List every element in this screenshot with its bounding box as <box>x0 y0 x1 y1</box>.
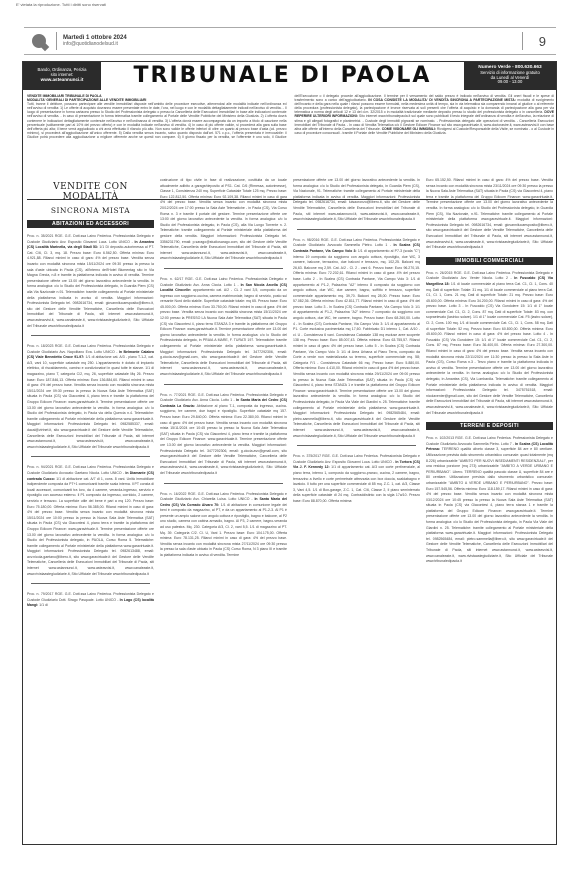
banner-right-line4: 09.00 - 13.00 <box>464 80 556 85</box>
listing-item: Proc. n. 35/2021 RGE. G.E. Dott.ssa Lain… <box>27 234 154 329</box>
listing-body: 1/1 Di deposito-autorimessa al PT. Cat. … <box>27 245 154 327</box>
divider <box>297 229 416 230</box>
listing-body: TERRENO qualità uliveto classe 3, superf… <box>426 447 553 563</box>
listing-body: 1/1 di <box>39 603 48 607</box>
listing-body: appartamento cat. A/2 - CL 2 vani 3,5, c… <box>160 288 287 376</box>
divider <box>31 456 150 457</box>
listing-body: 1/1 di abitazione cat. A/3 - piano T-1-2… <box>27 355 154 449</box>
listings-columns: VENDITE CON MODALITÀ SINCRONA MISTA ABIT… <box>27 178 554 842</box>
divider <box>31 335 150 336</box>
listing-body: presentazione offerte ore 13.00 del gior… <box>293 178 420 221</box>
column-4: Euro 65.152,50. Rilanci minimi in caso d… <box>426 178 553 842</box>
column-1: VENDITE CON MODALITÀ SINCRONA MISTA ABIT… <box>27 178 154 842</box>
listing-item: Proc. n. 94/2021 RGE. G.E. Dott.ssa Lain… <box>27 465 154 577</box>
listing-item: Proc. n. 16/2022 RGE. G.E. Dott.ssa Lain… <box>160 492 287 559</box>
listing-body: 1/1 di locale commerciale al piano terra… <box>426 282 553 415</box>
banner-left-box: Bando, Ordinanza, Perizia sito internet:… <box>23 62 101 90</box>
category-commerciali: IMMOBILI COMMERCIALI <box>426 257 553 265</box>
listing-body: 1/1 di abitazione cat. A/7 di 1, cons. 8… <box>27 477 154 576</box>
copyright-notice: E' vietata la riproduzione. Tutti i diri… <box>16 2 106 7</box>
section-title: VENDITE CON MODALITÀ <box>27 182 154 202</box>
divider <box>56 32 57 50</box>
listing-item: Proc. n. 62/17 RGE. G.E. Dott.ssa Laino … <box>160 277 287 378</box>
page-number: 9 <box>539 34 546 49</box>
divider <box>297 445 416 446</box>
listing-item: Proc. n. 98/2016 RGE. G.E. Dott.ssa Lain… <box>293 238 420 439</box>
listing-item: Proc. n. 26/2015 RGE. G.E. Dott.ssa Lain… <box>426 271 553 416</box>
divider <box>522 32 523 50</box>
listing-item: Proc. n. 102/2013 RGE. G.E. Dott.ssa Lai… <box>426 436 553 565</box>
listing-body: Abitazione al piano T-1, composta da ing… <box>160 404 287 475</box>
listing-item: Euro 65.152,50. Rilanci minimi in caso d… <box>426 178 553 251</box>
page-header: Martedì 1 ottobre 2024 info@quotidianode… <box>24 27 556 55</box>
listing-body: 1/1 di appartamento cat. A/3 con corte p… <box>293 465 420 503</box>
banner-website-link[interactable]: www.asteannunci.it <box>41 77 84 82</box>
header-info: Martedì 1 ottobre 2024 info@quotidianode… <box>63 35 522 47</box>
newspaper-logo-icon <box>32 34 46 48</box>
divider <box>164 483 283 484</box>
banner-right-box: Numero Verde - 800.630.663 Servizio di i… <box>464 62 556 90</box>
listing-body: 1/1 di abitazione in comunione legale de… <box>160 503 287 557</box>
category-abitazioni: ABITAZIONI ED ACCESSORI <box>27 220 154 228</box>
listing-body: Euro 65.152,50. Rilanci minimi in caso d… <box>426 178 553 249</box>
tribunal-banner: Bando, Ordinanza, Perizia sito internet:… <box>23 62 556 92</box>
banner-title: TRIBUNALE DI PAOLA <box>101 62 464 92</box>
section-subtitle: SINCRONA MISTA <box>27 206 154 216</box>
notice-frame: Bando, Ordinanza, Perizia sito internet:… <box>22 61 557 845</box>
listing-item: presentazione offerte ore 13.00 del gior… <box>293 178 420 223</box>
category-terreni: TERRENI E DEPOSITI <box>426 422 553 430</box>
divider <box>31 583 150 584</box>
divider <box>164 268 283 269</box>
listing-item: Proc. n. 77/2021 RGE. G.E. Dott.ssa Lain… <box>160 393 287 477</box>
contact-email[interactable]: info@quotidianodelsud.it <box>63 41 522 47</box>
listing-body: costruzione di tipo civile in fase di re… <box>160 178 287 260</box>
listing-item: Proc. n. 18/2023 RGE. G.E. Dott.ssa Lain… <box>27 344 154 450</box>
divider <box>164 384 283 385</box>
listing-item: Proc. n. 79/2017 RGE. G.E. Dott.ssa Lain… <box>27 592 154 609</box>
listing-item: costruzione di tipo civile in fase di re… <box>160 178 287 262</box>
column-2: costruzione di tipo civile in fase di re… <box>160 178 287 842</box>
column-3: presentazione offerte ore 13.00 del gior… <box>293 178 420 842</box>
listing-body: 1/1 di appartamento al P7-3 (scala "C") … <box>293 249 420 438</box>
listing-item: Proc. n. 375/2017 RGE. G.E. Dott.ssa Lai… <box>293 454 420 504</box>
